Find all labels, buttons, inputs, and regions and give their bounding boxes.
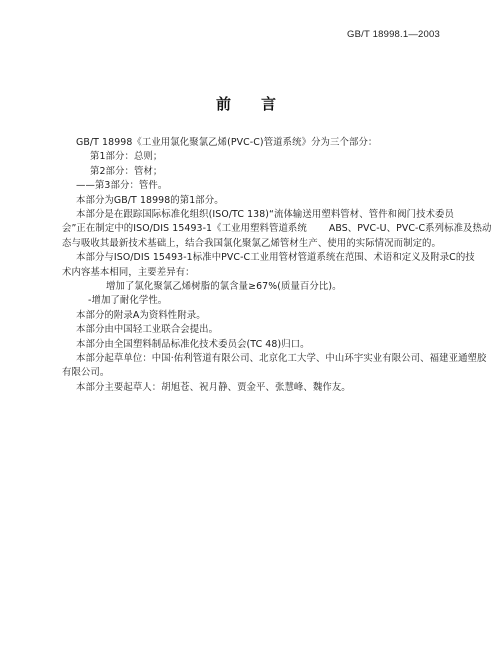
document-page: GB/T 18998.1—2003 前言 GB/T 18998《工业用氯化聚氯乙… bbox=[0, 0, 492, 653]
paragraph-basis-line-2: 会”正在制定中的ISO/DIS 15493-1《工业用塑料管道系统ABS、PVC… bbox=[62, 222, 491, 236]
paragraph-differences-line-1: 本部分与ISO/DIS 15493-1标准中PVC-C工业用管材管道系统在范围、… bbox=[76, 251, 475, 265]
list-item-part-1: 第1部分：总则； bbox=[90, 150, 162, 164]
difference-item-2: -增加了耐化学性。 bbox=[88, 294, 167, 308]
paragraph-committee: 本部分由全国塑料制品标准化技术委员会(TC 48)归口。 bbox=[76, 338, 310, 352]
paragraph-basis-line-1: 本部分是在跟踪国际标准化组织(ISO/TC 138)“流体输送用塑料管材、管件和… bbox=[76, 208, 454, 222]
list-item-part-3: ——第3部分：管件。 bbox=[76, 179, 167, 193]
page-title: 前言 bbox=[0, 93, 492, 114]
paragraph-basis-line-2b: ABS、PVC-U、PVC-C系列标准及热动 bbox=[329, 223, 492, 234]
intro-paragraph: GB/T 18998《工业用氯化聚氯乙烯(PVC-C)管道系统》分为三个部分： bbox=[76, 136, 377, 150]
paragraph-basis-line-2a: 会”正在制定中的ISO/DIS 15493-1《工业用塑料管道系统 bbox=[62, 223, 307, 234]
paragraph-basis-line-3: 态与吸收其最新技术基础上，结合我国氯化聚氯乙烯管材生产、使用的实际情况而制定的。 bbox=[62, 237, 441, 251]
paragraph-differences-line-2: 术内容基本相同，主要差异有： bbox=[62, 266, 195, 280]
paragraph-drafting-units-line-2: 有限公司。 bbox=[62, 366, 109, 380]
standard-code-header: GB/T 18998.1—2003 bbox=[347, 29, 440, 40]
difference-item-1: 增加了氯化聚氯乙烯树脂的氯含量≥67%(质量百分比)。 bbox=[106, 280, 342, 294]
paragraph-drafting-units-line-1: 本部分起草单位：中国·佑利管道有限公司、北京化工大学、中山环宇实业有限公司、福建… bbox=[76, 352, 487, 366]
list-item-part-2: 第2部分：管材； bbox=[90, 165, 162, 179]
paragraph-drafters: 本部分主要起草人：胡旭苍、祝月静、贾金平、张慧峰、魏作友。 bbox=[76, 381, 351, 395]
paragraph-proposer: 本部分由中国轻工业联合会提出。 bbox=[76, 323, 218, 337]
paragraph-part-statement: 本部分为GB/T 18998的第1部分。 bbox=[76, 194, 224, 208]
paragraph-annex: 本部分的附录A为资料性附录。 bbox=[76, 309, 206, 323]
